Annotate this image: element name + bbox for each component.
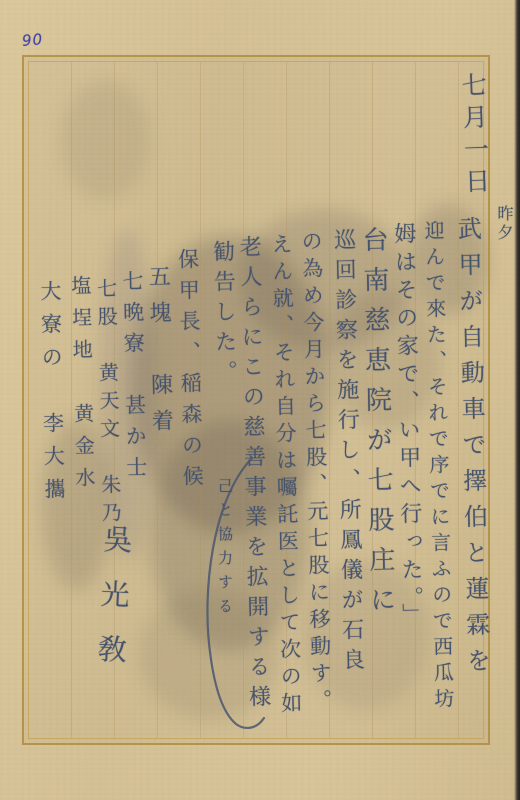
signature: 吳光敎 [94,523,132,689]
date-heading: 七月一日 [460,72,489,201]
insertion-note: 己と協力する [217,478,232,622]
margin-note: 昨夕 [496,205,512,243]
manuscript-column-13: 七股 黄天文 朱乃 [95,278,120,530]
scan-edge-shadow [514,0,520,800]
manuscript-scan: 90 七月一日 昨夕 武甲が自動車で擇伯と蓮霖を迎んで來た、それで序でに言ふので… [0,0,520,800]
manuscript-column-9: 勧告した。 [210,240,235,390]
manuscript-column-12: 七晩寮 甚か士 [121,270,147,487]
manuscript-column-14: 塩埕地 黄金水 [70,275,95,499]
manuscript-column-4: 台南慈恵院が七股庄に [360,226,394,626]
page-number: 90 [21,30,44,50]
manuscript-column-10: 保甲長、稲森の候 [176,248,202,496]
manuscript-column-15: 大寮の 李大攜 [39,280,65,511]
manuscript-column-11: 五塊 陳着 [146,265,172,445]
